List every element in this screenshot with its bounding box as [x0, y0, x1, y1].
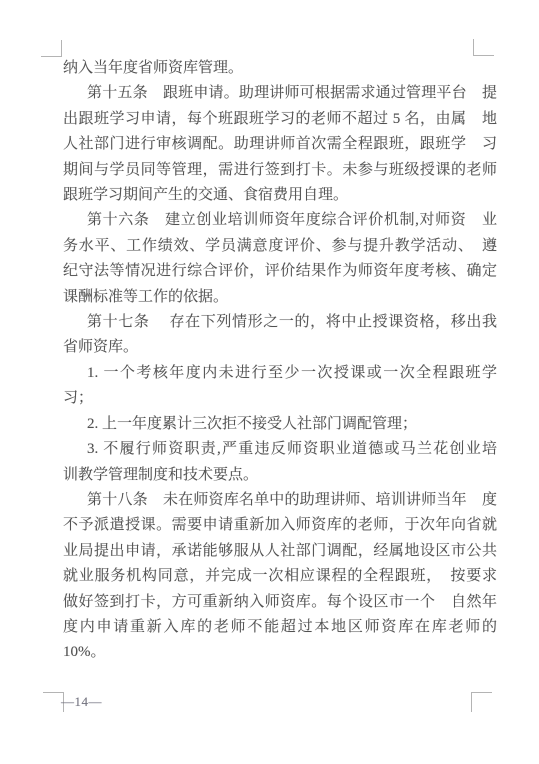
text-line: 人社部门进行审核调配。助理讲师首次需全程跟班，跟班学 习: [63, 132, 497, 157]
text-line: 1. 一个考核年度内未进行至少一次授课或一次全程跟班学: [63, 361, 497, 386]
text-line: 训教学管理制度和技术要点。: [63, 463, 497, 488]
paragraph: 第十五条 跟班申请。助理讲师可根据需求通过管理平台 提出跟班学习申请，每个班跟班…: [63, 81, 497, 208]
text-line: 做好签到打卡，方可重新纳入师资库。每个设区市一个 自然年: [63, 590, 497, 615]
text-line: 10%。: [63, 640, 497, 665]
text-line: 第十五条 跟班申请。助理讲师可根据需求通过管理平台 提: [63, 81, 497, 106]
text-line: 期间与学员同等管理，需进行签到打卡。未参与班级授课的老师: [63, 158, 497, 183]
text-line: 不予派遣授课。需要申请重新加入师资库的老师，于次年向省就: [63, 513, 497, 538]
crop-mark-top-left-icon: [41, 40, 62, 57]
text-line: 纪守法等情况进行综合评价，评价结果作为师资年度考核、确定: [63, 259, 497, 284]
document-page: 纳入当年度省师资库管理。第十五条 跟班申请。助理讲师可根据需求通过管理平台 提出…: [0, 0, 539, 764]
text-line: 习；: [63, 386, 497, 411]
paragraph: 1. 一个考核年度内未进行至少一次授课或一次全程跟班学习；: [63, 361, 497, 412]
text-line: 3. 不履行师资职责,严重违反师资职业道德或马兰花创业培: [63, 437, 497, 462]
paragraph: 第十七条 存在下列情形之一的，将中止授课资格，移出我省师资库。: [63, 310, 497, 361]
text-line: 务水平、工作绩效、学员满意度评价、参与提升教学活动、 遵: [63, 234, 497, 259]
paragraph: 2. 上一年度累计三次拒不接受人社部门调配管理；: [63, 412, 497, 437]
text-line: 课酬标准等工作的依据。: [63, 285, 497, 310]
text-line: 就业服务机构同意，并完成一次相应课程的全程跟班， 按要求: [63, 564, 497, 589]
paragraph: 纳入当年度省师资库管理。: [63, 56, 497, 81]
text-line: 2. 上一年度累计三次拒不接受人社部门调配管理；: [63, 412, 497, 437]
text-line: 第十七条 存在下列情形之一的，将中止授课资格，移出我: [63, 310, 497, 335]
text-line: 第十六条 建立创业培训师资年度综合评价机制,对师资 业: [63, 208, 497, 233]
text-line: 跟班学习期间产生的交通、食宿费用自理。: [63, 183, 497, 208]
text-line: 纳入当年度省师资库管理。: [63, 56, 497, 81]
paragraph: 第十六条 建立创业培训师资年度综合评价机制,对师资 业务水平、工作绩效、学员满意…: [63, 208, 497, 310]
crop-mark-top-right-icon: [473, 39, 494, 56]
paragraph: 第十八条 未在师资库名单中的助理讲师、培训讲师当年 度不予派遣授课。需要申请重新…: [63, 488, 497, 666]
page-number: —14—: [61, 694, 102, 710]
text-line: 第十八条 未在师资库名单中的助理讲师、培训讲师当年 度: [63, 488, 497, 513]
paragraph: 3. 不履行师资职责,严重违反师资职业道德或马兰花创业培训教学管理制度和技术要点…: [63, 437, 497, 488]
text-line: 省师资库。: [63, 335, 497, 360]
text-line: 业局提出申请，承诺能够服从人社部门调配，经属地设区市公共: [63, 539, 497, 564]
text-line: 度内申请重新入库的老师不能超过本地区师资库在库老师的: [63, 615, 497, 640]
document-body: 纳入当年度省师资库管理。第十五条 跟班申请。助理讲师可根据需求通过管理平台 提出…: [63, 56, 497, 666]
text-line: 出跟班学习申请，每个班跟班学习的老师不超过 5 名，由属 地: [63, 107, 497, 132]
crop-mark-bottom-right-icon: [471, 692, 492, 712]
